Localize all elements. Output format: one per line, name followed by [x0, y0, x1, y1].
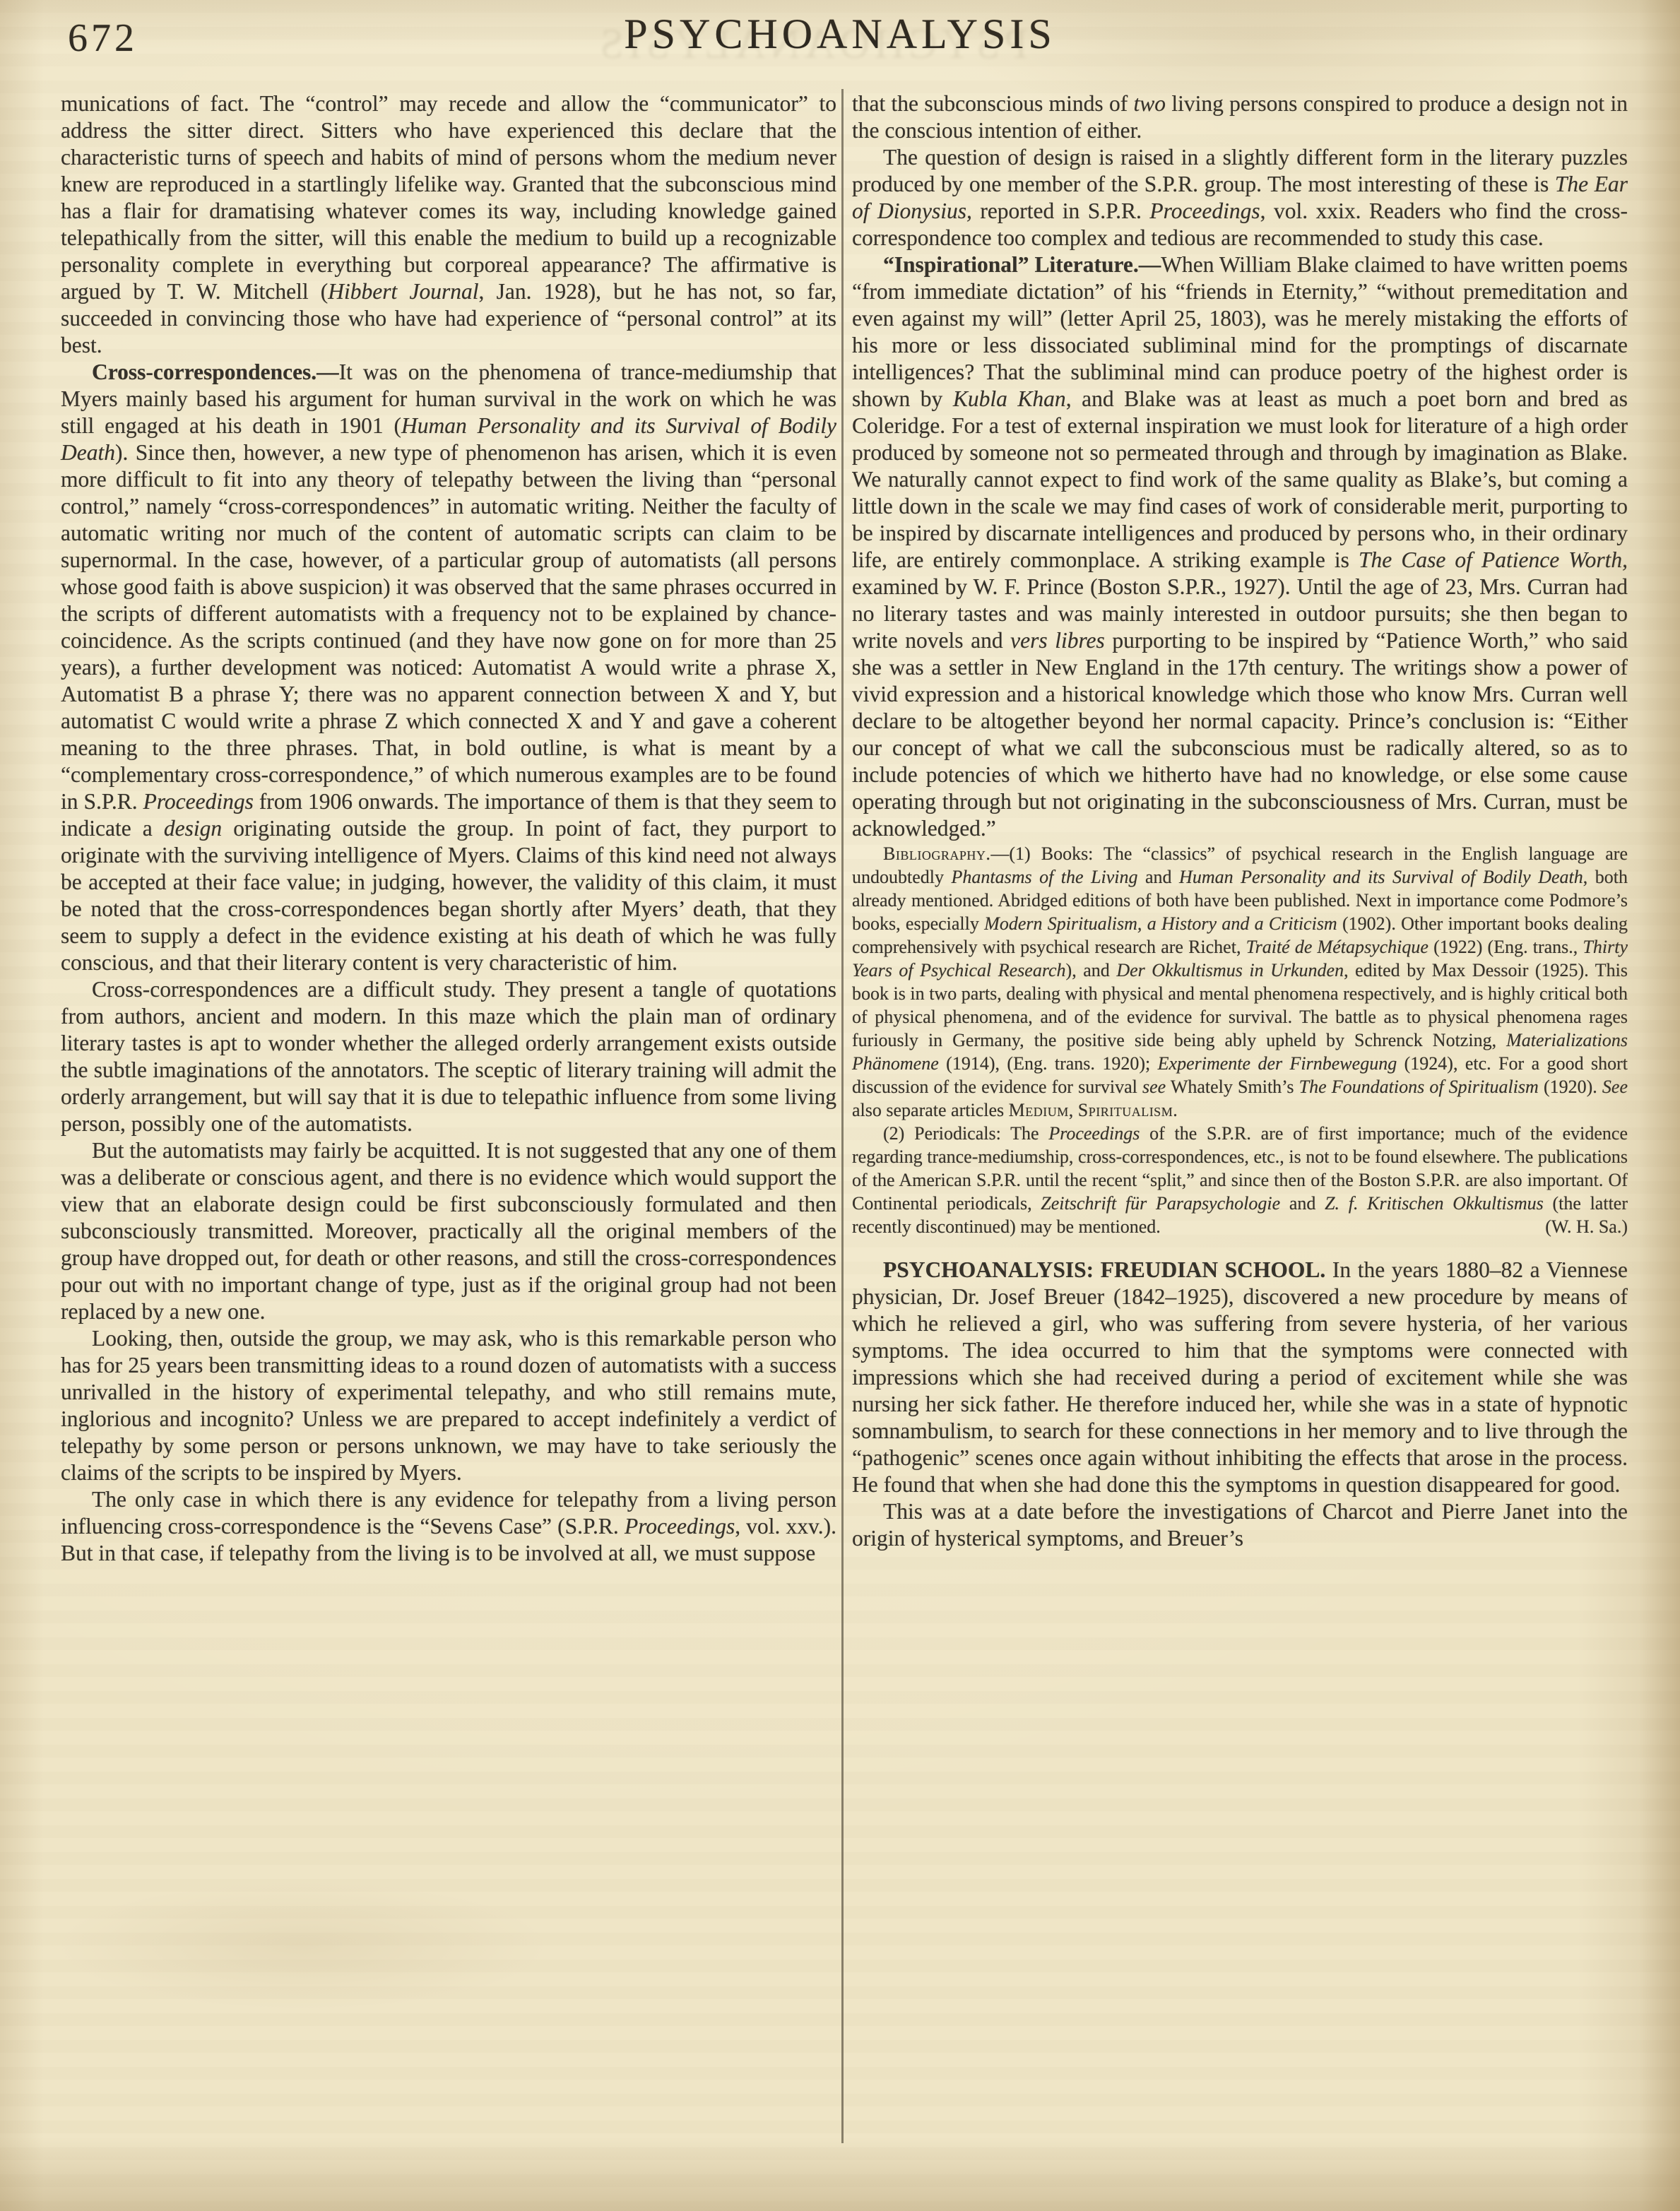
text-segment: Proceedings [625, 1514, 735, 1539]
text-segment: Human Personality and its Survival of Bo… [1179, 867, 1583, 887]
left-column: munications of fact. The “control” may r… [61, 90, 836, 1567]
text-segment: Der Okkultismus in Urkunden [1116, 960, 1344, 980]
looking-outside-group-paragraph: Looking, then, outside the group, we may… [61, 1325, 836, 1486]
question-of-design-paragraph: The question of design is raised in a sl… [852, 144, 1628, 251]
inspirational-literature-paragraph: “Inspirational” Literature.—When William… [852, 251, 1628, 842]
text-segment: The Case of Patience Worth, [1359, 547, 1628, 572]
freudian-school-paragraph: PSYCHOANALYSIS: FREUDIAN SCHOOL. In the … [852, 1257, 1628, 1498]
book-page: PSYCHOANALYSIS 672 PSYCHOANALYSIS munica… [0, 0, 1680, 2211]
difficult-study-paragraph: Cross-correspondences are a difficult st… [61, 976, 836, 1137]
text-segment: Experimente der Firnbewegung [1158, 1053, 1397, 1074]
right-column: that the subconscious minds of two livin… [852, 90, 1628, 1552]
text-segment: Medium [1009, 1100, 1069, 1120]
text-segment: Bibliography. [883, 843, 990, 864]
text-segment: design [164, 816, 222, 841]
page-header-title: PSYCHOANALYSIS [0, 10, 1680, 59]
text-segment: Human Personality and its Survival of Bo… [61, 413, 836, 465]
automatists-acquitted-paragraph: But the automatists may fairly be acquit… [61, 1137, 836, 1325]
text-segment: Proceedings [1048, 1123, 1140, 1144]
continuation-paragraph: that the subconscious minds of two livin… [852, 90, 1628, 144]
text-segment: Proceedings [1149, 198, 1260, 223]
text-segment: Modern Spiritualism, a History and a Cri… [984, 913, 1337, 934]
text-segment: see [1142, 1077, 1166, 1097]
sevens-case-paragraph: The only case in which there is any evid… [61, 1486, 836, 1567]
continuation-paragraph: munications of fact. The “control” may r… [61, 90, 836, 359]
charcot-janet-paragraph: This was at a date before the investigat… [852, 1498, 1628, 1552]
text-segment: Zeitschrift für Parapsychologie [1041, 1193, 1280, 1214]
text-segment: “Inspirational” Literature.— [883, 252, 1161, 277]
text-segment: two [1134, 91, 1166, 116]
text-segment: Kubla Khan [953, 386, 1066, 411]
text-segment: The Foundations of Spiritualism [1299, 1077, 1539, 1097]
text-segment: See [1602, 1077, 1628, 1097]
text-segment: PSYCHOANALYSIS: FREUDIAN SCHOOL. [883, 1257, 1325, 1282]
bibliography-books-paragraph: Bibliography.—(1) Books: The “classics” … [852, 842, 1628, 1122]
text-segment: Hibbert Journal [328, 279, 478, 304]
text-segment: Phantasms of the Living [951, 867, 1137, 887]
text-segment: vers libres [1010, 628, 1105, 653]
column-divider [841, 89, 844, 2143]
text-segment: Traité de Métapsychique [1246, 937, 1428, 957]
cross-correspondences-paragraph: Cross-correspondences.—It was on the phe… [61, 359, 836, 976]
text-segment: Spiritualism [1078, 1100, 1173, 1120]
text-segment: Z. f. Kritischen Okkultismus [1325, 1193, 1544, 1214]
text-segment: Cross-correspondences.— [92, 360, 339, 384]
text-segment: Proceedings [143, 789, 254, 814]
